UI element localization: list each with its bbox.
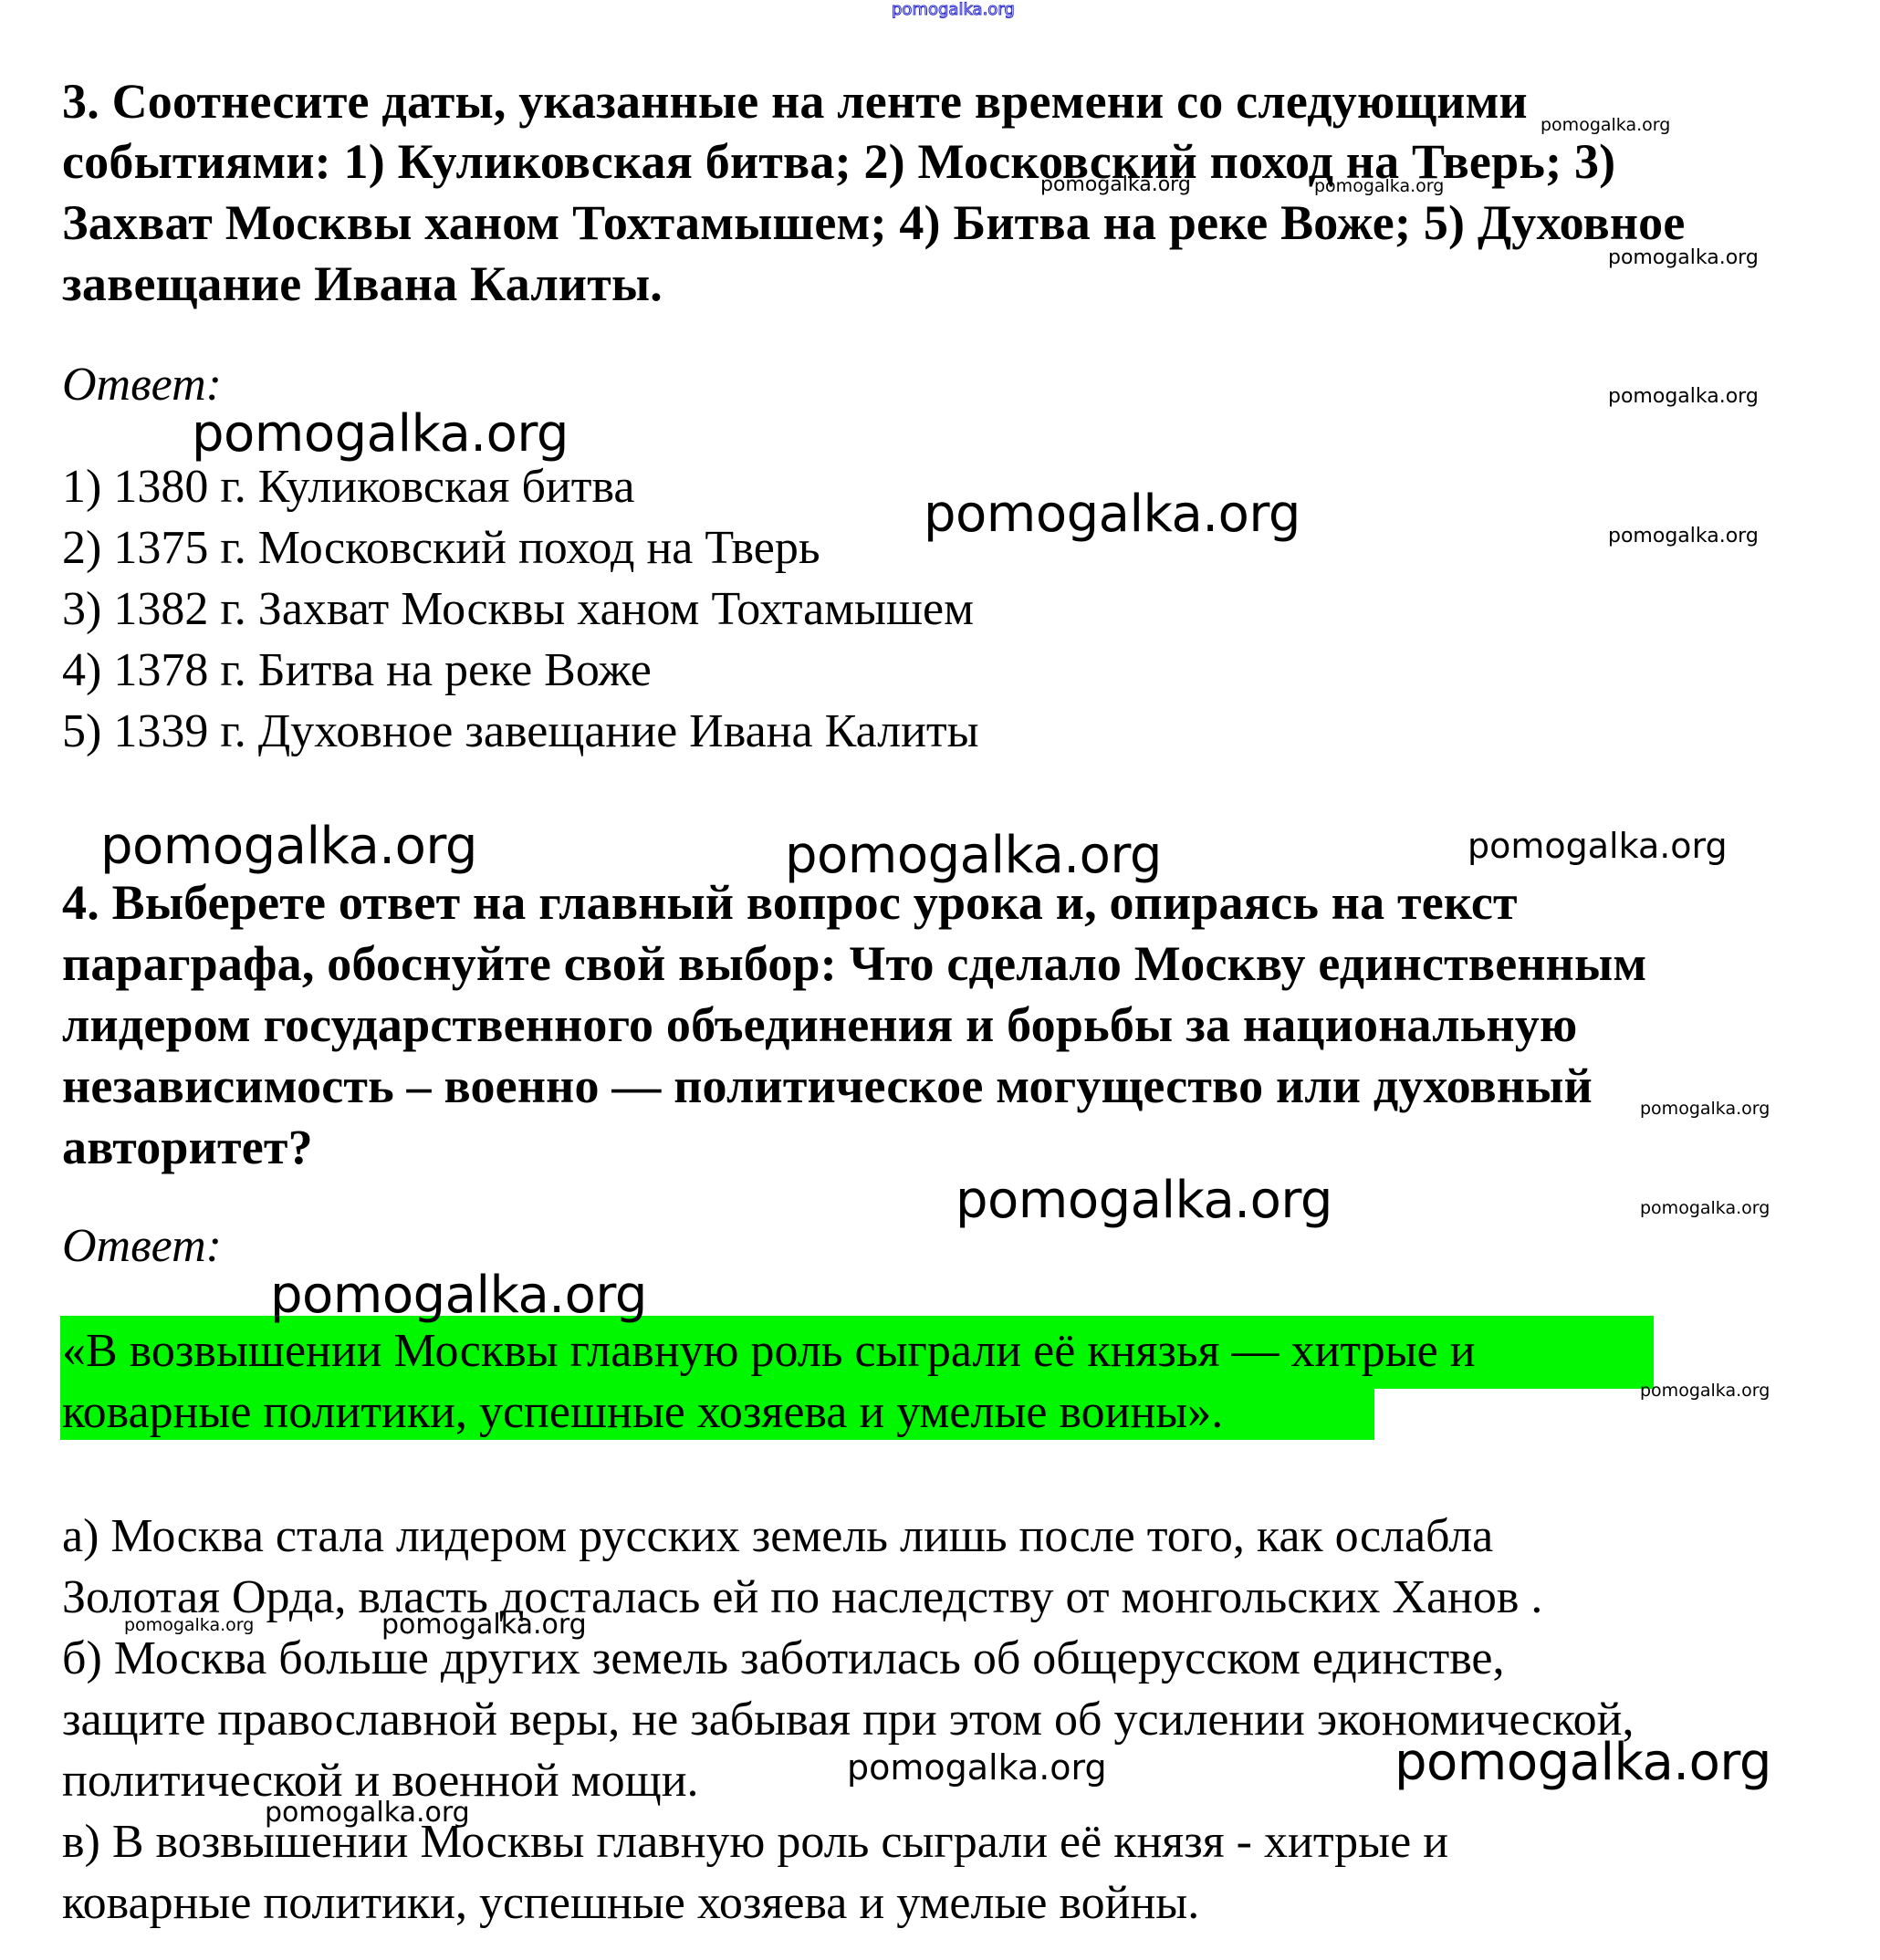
answer-item: 5) 1339 г. Духовное завещание Ивана Кали… bbox=[62, 708, 979, 756]
watermark: pomogalka.org bbox=[1040, 175, 1191, 195]
watermark: pomogalka.org bbox=[785, 830, 1162, 881]
watermark: pomogalka.org bbox=[1640, 1382, 1770, 1400]
watermark: pomogalka.org bbox=[1608, 526, 1759, 547]
option-line: коварные политики, успешные хозяева и ум… bbox=[62, 1880, 1199, 1927]
watermark: pomogalka.org bbox=[1541, 117, 1670, 134]
highlighted-answer-line: коварные политики, успешные хозяева и ум… bbox=[62, 1389, 1223, 1436]
answer-item: 4) 1378 г. Битва на реке Воже bbox=[62, 647, 652, 694]
question-3-line: завещание Ивана Калиты. bbox=[62, 259, 663, 308]
question-4-line: независимость – военно — политическое мо… bbox=[62, 1061, 1593, 1110]
watermark: pomogalka.org bbox=[1314, 178, 1444, 195]
answer-item: 2) 1375 г. Московский поход на Тверь bbox=[62, 525, 820, 572]
watermark: pomogalka.org bbox=[381, 1611, 587, 1639]
watermark: pomogalka.org bbox=[1608, 248, 1759, 268]
question-4-line: параграфа, обоснуйте свой выбор: Что сде… bbox=[62, 939, 1646, 988]
watermark: pomogalka.org bbox=[1394, 1737, 1771, 1788]
watermark: pomogalka.org bbox=[847, 1750, 1107, 1785]
answer-item: 1) 1380 г. Куликовская битва bbox=[62, 464, 634, 511]
watermark: pomogalka.org bbox=[956, 1175, 1332, 1226]
question-3-line: 3. Соотнесите даты, указанные на ленте в… bbox=[62, 77, 1528, 126]
watermark: pomogalka.org bbox=[1640, 1100, 1770, 1118]
question-4-line: авторитет? bbox=[62, 1122, 313, 1172]
watermark: pomogalka.org bbox=[192, 409, 569, 460]
watermark: pomogalka.org bbox=[100, 821, 477, 872]
watermark: pomogalka.org bbox=[265, 1799, 470, 1827]
document-page: pomogalka.org 3. Соотнесите даты, указан… bbox=[0, 0, 1880, 1960]
option-line: б) Москва больше других земель заботилас… bbox=[62, 1635, 1505, 1683]
watermark: pomogalka.org bbox=[924, 489, 1300, 540]
header-watermark: pomogalka.org bbox=[892, 2, 1015, 18]
option-line: а) Москва стала лидером русских земель л… bbox=[62, 1513, 1493, 1560]
watermark: pomogalka.org bbox=[270, 1270, 647, 1321]
question-3-line: Захват Москвы ханом Тохтамышем; 4) Битва… bbox=[62, 198, 1686, 247]
answer-label-4: Ответ: bbox=[62, 1223, 222, 1270]
watermark: pomogalka.org bbox=[1640, 1200, 1770, 1217]
answer-item: 3) 1382 г. Захват Москвы ханом Тохтамыше… bbox=[62, 586, 974, 633]
question-4-line: лидером государственного объединения и б… bbox=[62, 1000, 1577, 1049]
watermark: pomogalka.org bbox=[1608, 387, 1759, 407]
watermark: pomogalka.org bbox=[124, 1617, 254, 1634]
answer-label-3: Ответ: bbox=[62, 361, 222, 409]
watermark: pomogalka.org bbox=[1467, 829, 1728, 863]
question-4-line: 4. Выберете ответ на главный вопрос урок… bbox=[62, 878, 1518, 927]
option-line: Золотая Орда, власть досталась ей по нас… bbox=[62, 1574, 1542, 1621]
highlighted-answer-line: «В возвышении Москвы главную роль сыграл… bbox=[62, 1328, 1476, 1375]
